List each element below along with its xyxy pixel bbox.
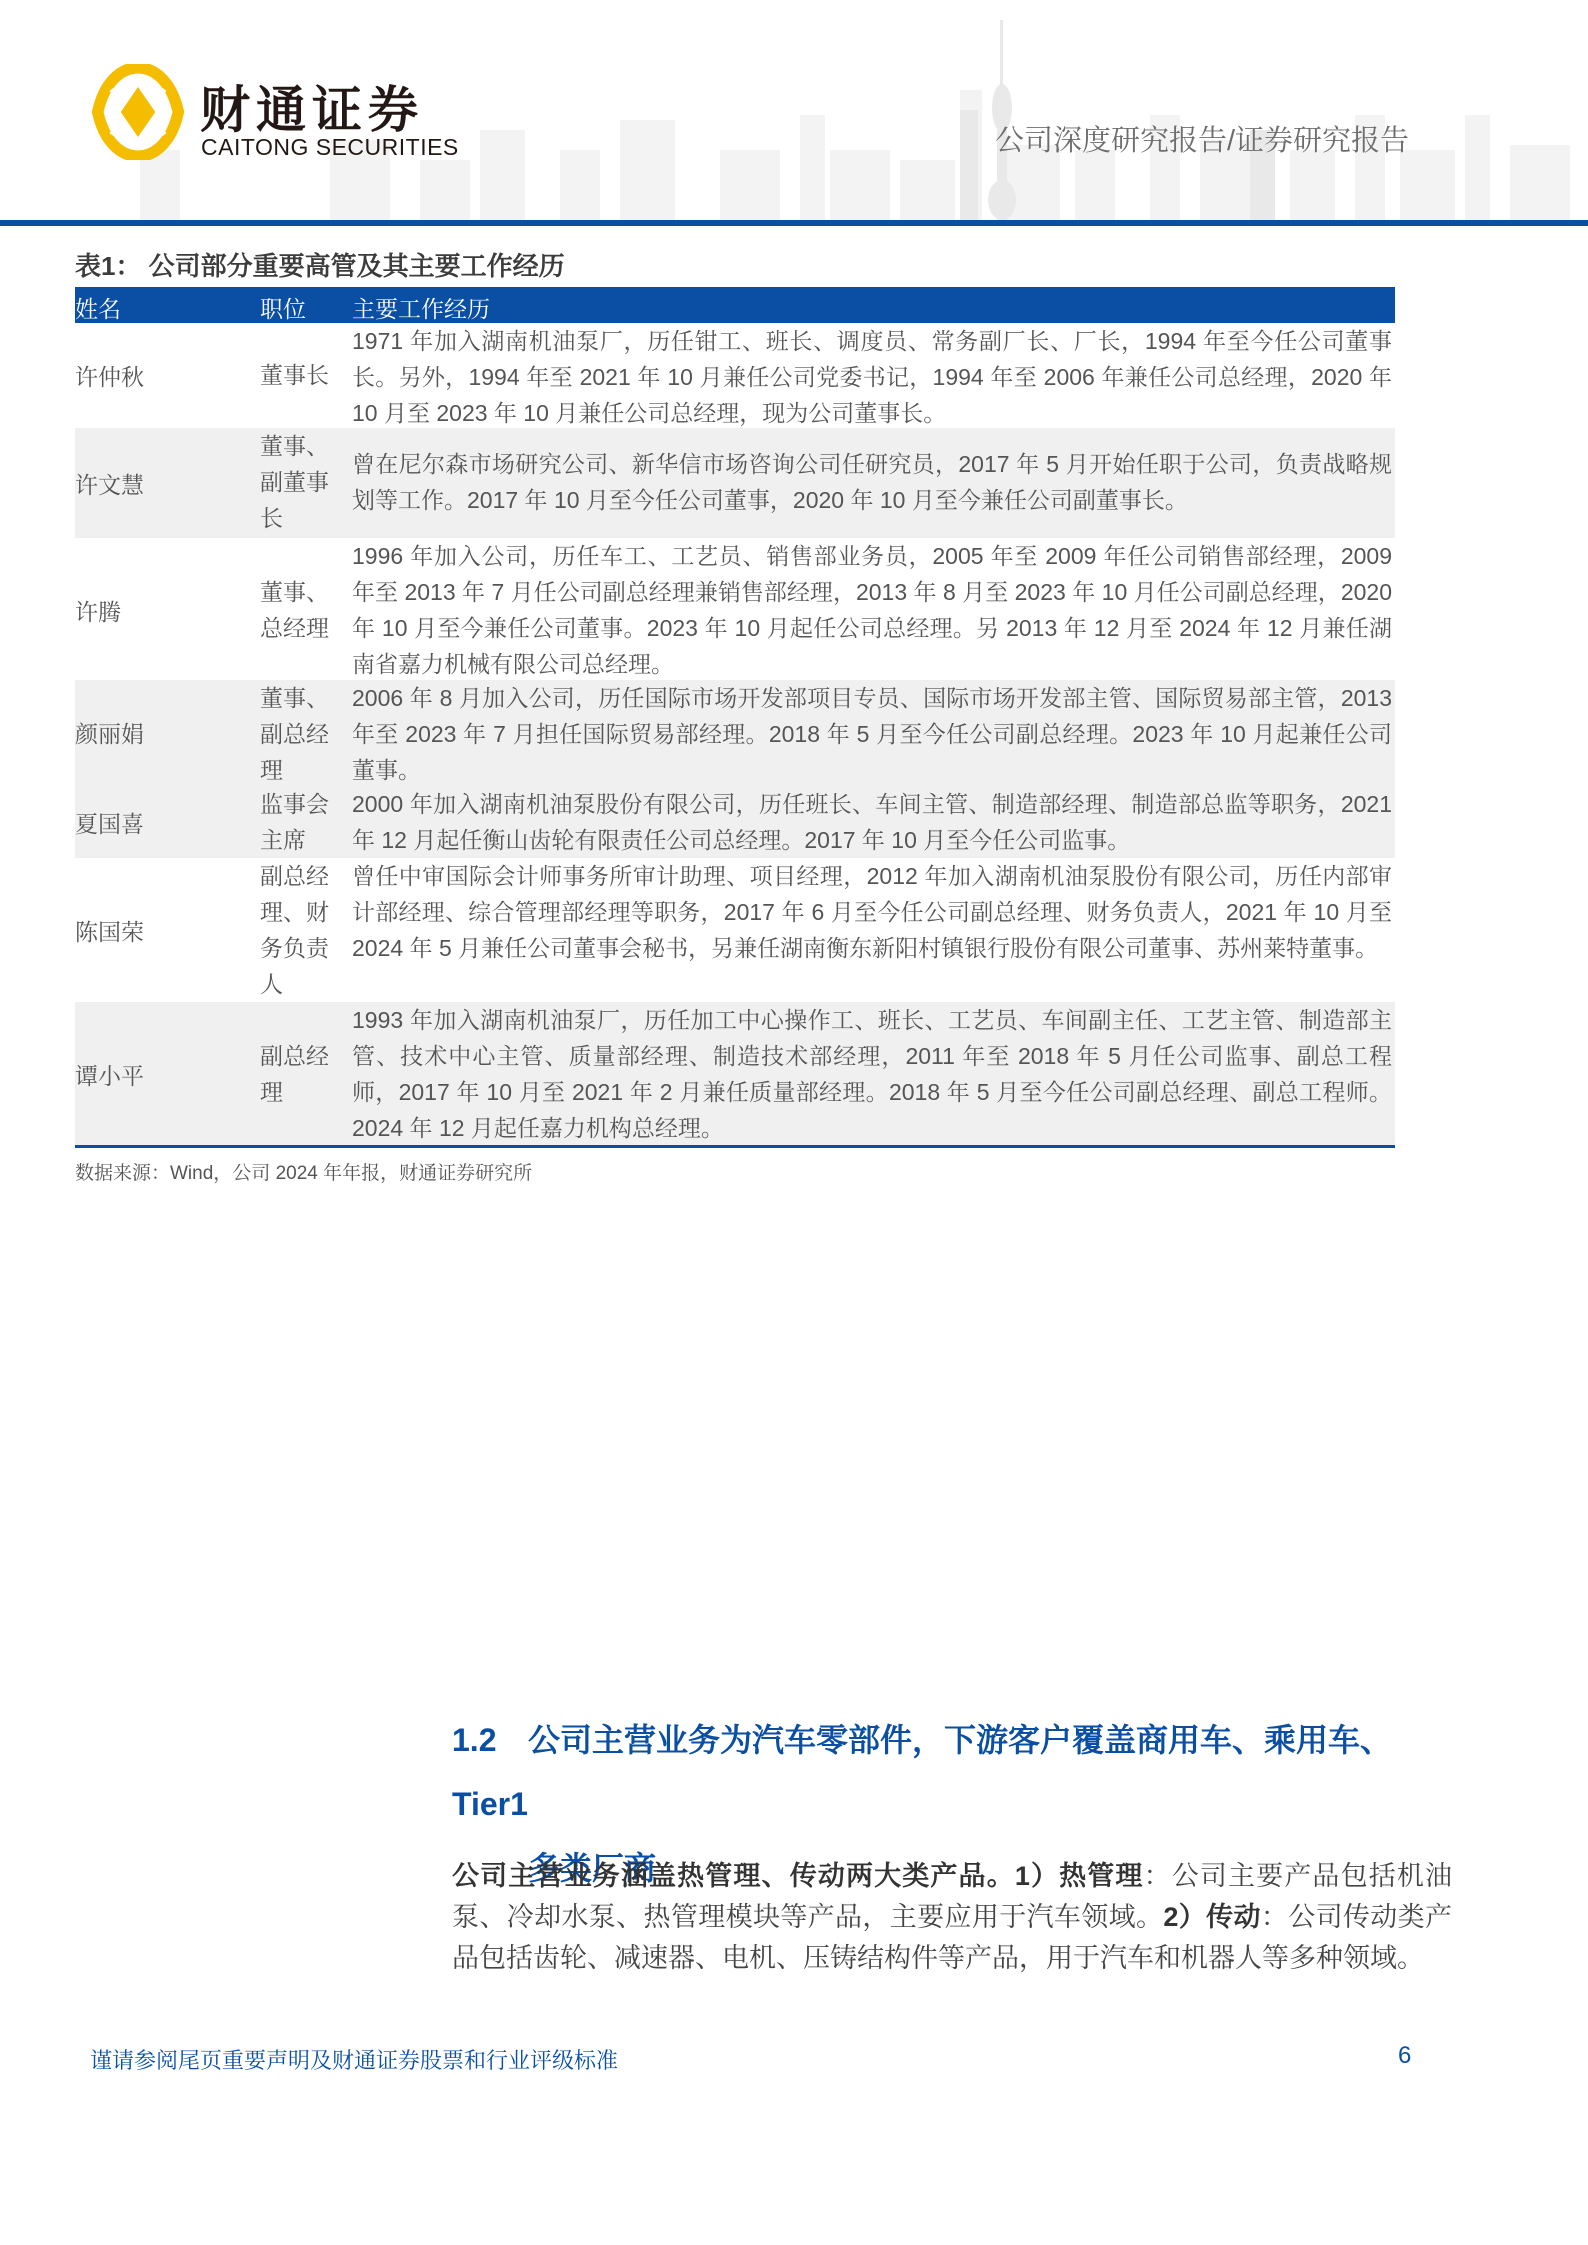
executives-table: 姓名 职位 主要工作经历 许仲秋 董事长 1971 年加入湖南机油泵厂，历任钳工… xyxy=(75,287,1395,1148)
page-number: 6 xyxy=(1398,2042,1411,2070)
table-caption: 表1： 公司部分重要高管及其主要工作经历 xyxy=(75,246,565,283)
cell-position: 副总经理 xyxy=(260,1038,340,1110)
table-row-group: 颜丽娟 董事、副总经理 2006 年 8 月加入公司，历任国际市场开发部项目专员… xyxy=(75,680,1395,858)
report-type-label: 公司深度研究报告/证券研究报告 xyxy=(995,118,1409,159)
column-header-position: 职位 xyxy=(260,291,306,324)
cell-position: 监事会主席 xyxy=(260,786,340,858)
footer-disclaimer: 谨请参阅尾页重要声明及财通证券股票和行业评级标准 xyxy=(90,2044,618,2075)
table-row: 许腾 董事、总经理 1996 年加入公司，历任车工、工艺员、销售部业务员，200… xyxy=(75,538,1395,680)
cell-position: 董事、副总经理 xyxy=(260,680,340,788)
caitong-logo-mark-icon xyxy=(90,64,186,160)
cell-name: 许腾 xyxy=(75,594,235,627)
section-title-line1: 公司主营业务为汽车零部件，下游客户覆盖商用车、乘用车、Tier1 xyxy=(452,1722,1392,1822)
cell-position: 董事长 xyxy=(260,357,340,393)
transmission-label: 2）传动 xyxy=(1163,1902,1260,1932)
cell-experience: 1993 年加入湖南机油泵厂，历任加工中心操作工、班长、工艺员、车间副主任、工艺… xyxy=(352,1002,1392,1146)
body-lead-sentence: 公司主营业务涵盖热管理、传动两大类产品。 xyxy=(452,1861,1015,1891)
cell-experience: 1971 年加入湖南机油泵厂，历任钳工、班长、调度员、常务副厂长、厂长，1994… xyxy=(352,323,1392,431)
cell-experience: 2006 年 8 月加入公司，历任国际市场开发部项目专员、国际市场开发部主管、国… xyxy=(352,680,1392,788)
table-row: 陈国荣 副总经理、财务负责人 曾任中审国际会计师事务所审计助理、项目经理，201… xyxy=(75,858,1395,1002)
cell-name: 许文慧 xyxy=(75,467,235,500)
thermal-management-label: 1）热管理 xyxy=(1015,1861,1144,1891)
cell-name: 许仲秋 xyxy=(75,359,235,392)
table-row: 谭小平 副总经理 1993 年加入湖南机油泵厂，历任加工中心操作工、班长、工艺员… xyxy=(75,1002,1395,1145)
data-source-note: 数据来源：Wind，公司 2024 年年报，财通证券研究所 xyxy=(75,1158,532,1185)
column-header-experience: 主要工作经历 xyxy=(352,291,490,324)
table-row: 许仲秋 董事长 1971 年加入湖南机油泵厂，历任钳工、班长、调度员、常务副厂长… xyxy=(75,323,1395,428)
cell-experience: 2000 年加入湖南机油泵股份有限公司，历任班长、车间主管、制造部经理、制造部总… xyxy=(352,786,1392,858)
cell-name: 夏国喜 xyxy=(75,806,235,839)
cell-name: 颜丽娟 xyxy=(75,716,235,749)
header-divider xyxy=(0,220,1588,226)
cell-position: 董事、总经理 xyxy=(260,574,340,646)
cell-experience: 曾任中审国际会计师事务所审计助理、项目经理，2012 年加入湖南机油泵股份有限公… xyxy=(352,858,1392,966)
logo-chinese-name: 财通证券 xyxy=(200,70,424,142)
cell-experience: 曾在尼尔森市场研究公司、新华信市场咨询公司任研究员，2017 年 5 月开始任职… xyxy=(352,446,1392,518)
cell-name: 陈国荣 xyxy=(75,914,235,947)
page-header: 财通证券 CAITONG SECURITIES 公司深度研究报告/证券研究报告 xyxy=(0,0,1588,228)
logo-english-name: CAITONG SECURITIES xyxy=(201,134,459,161)
section-body-paragraph: 公司主营业务涵盖热管理、传动两大类产品。1）热管理：公司主要产品包括机油泵、冷却… xyxy=(452,1856,1452,1979)
table-row: 许文慧 董事、副董事长 曾在尼尔森市场研究公司、新华信市场咨询公司任研究员，20… xyxy=(75,428,1395,538)
cell-position: 董事、副董事长 xyxy=(260,428,340,536)
cell-name: 谭小平 xyxy=(75,1058,235,1091)
cell-experience: 1996 年加入公司，历任车工、工艺员、销售部业务员，2005 年至 2009 … xyxy=(352,538,1392,682)
section-number: 1.2 xyxy=(452,1708,528,1772)
table-header-row: 姓名 职位 主要工作经历 xyxy=(75,287,1395,323)
caitong-logo: 财通证券 CAITONG SECURITIES xyxy=(90,60,490,170)
cell-position: 副总经理、财务负责人 xyxy=(260,858,340,1002)
column-header-name: 姓名 xyxy=(75,291,121,324)
